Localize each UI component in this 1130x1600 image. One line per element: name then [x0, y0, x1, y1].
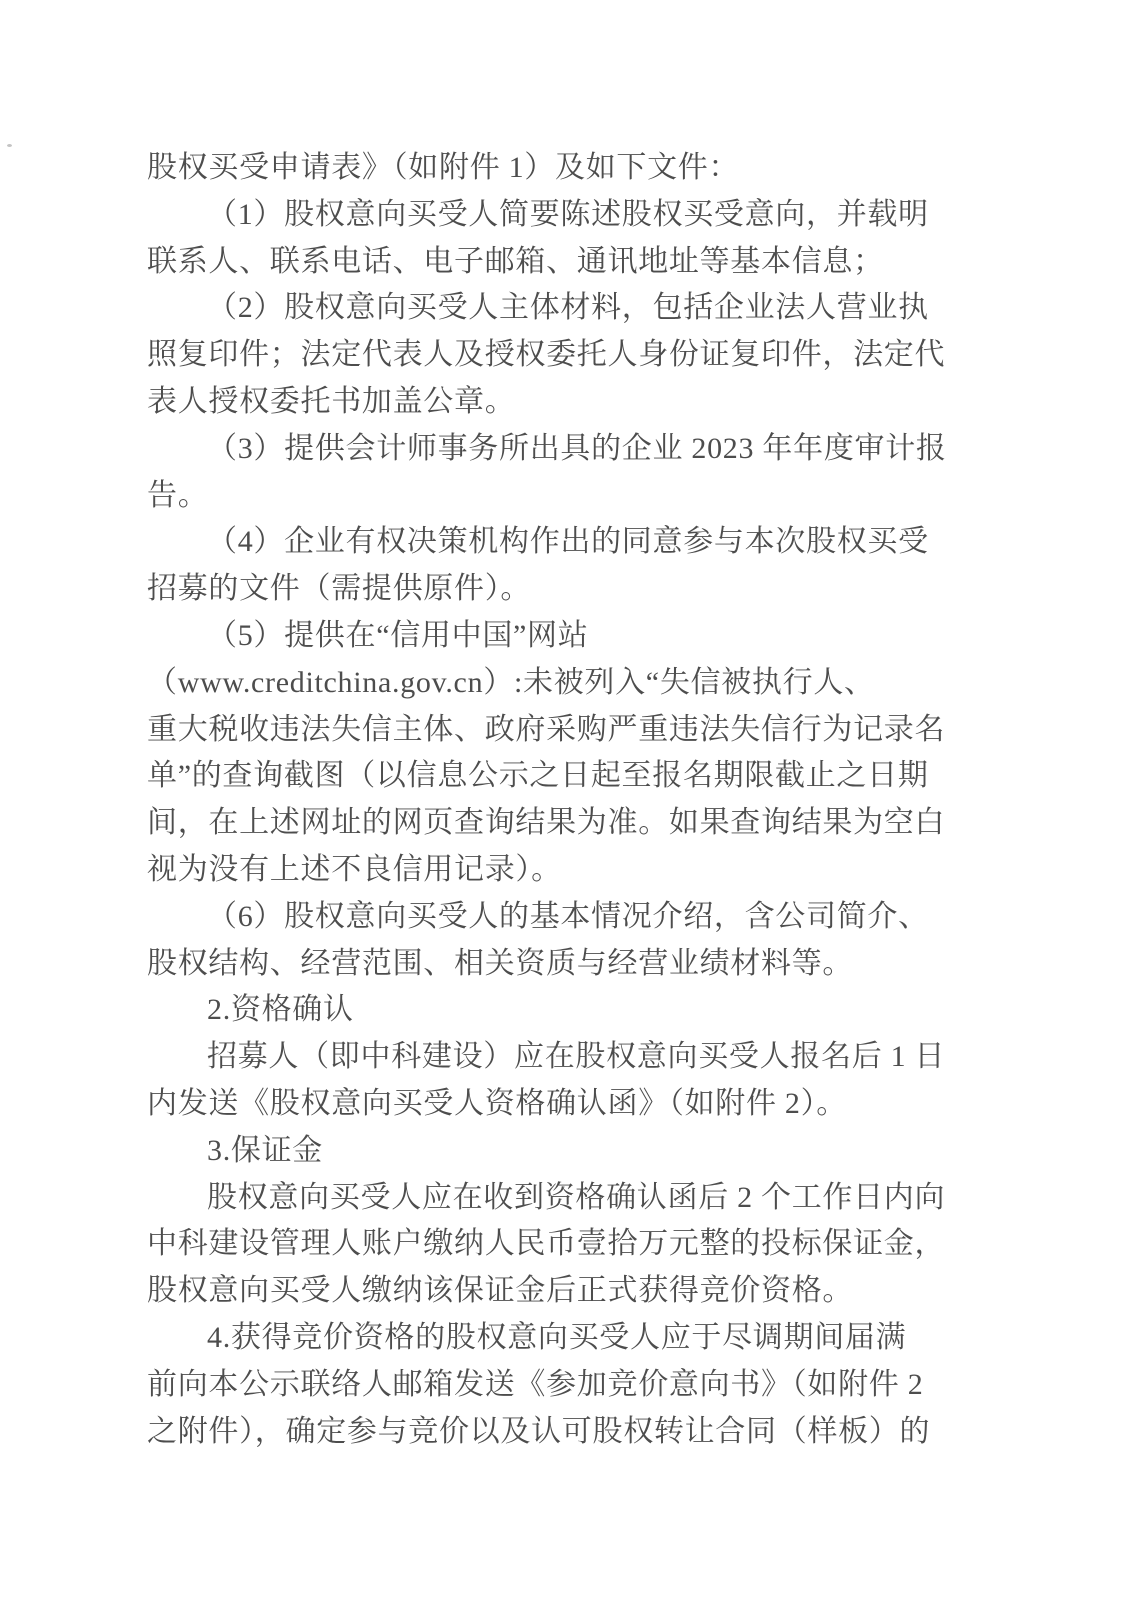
text-line: 表人授权委托书加盖公章。 [147, 379, 962, 426]
scan-artifact-speck [7, 144, 12, 147]
document-body: 股权买受申请表》（如附件 1）及如下文件： （1）股权意向买受人简要陈述股权买受… [147, 145, 962, 1455]
text-line: 股权结构、经营范围、相关资质与经营业绩材料等。 [147, 941, 962, 988]
text-line: 重大税收违法失信主体、政府采购严重违法失信行为记录名 [147, 707, 962, 754]
text-line: （4）企业有权决策机构作出的同意参与本次股权买受 [147, 519, 962, 566]
text-line: 联系人、联系电话、电子邮箱、通讯地址等基本信息； [147, 239, 962, 286]
text-line: 招募的文件（需提供原件）。 [147, 566, 962, 613]
text-line: 2.资格确认 [147, 987, 962, 1034]
text-line: 股权买受申请表》（如附件 1）及如下文件： [147, 145, 962, 192]
text-line: 股权意向买受人缴纳该保证金后正式获得竞价资格。 [147, 1268, 962, 1315]
text-line: 告。 [147, 473, 962, 520]
text-line: 视为没有上述不良信用记录）。 [147, 847, 962, 894]
text-line: （3）提供会计师事务所出具的企业 2023 年年度审计报 [147, 426, 962, 473]
text-line: 照复印件；法定代表人及授权委托人身份证复印件，法定代 [147, 332, 962, 379]
text-line: 股权意向买受人应在收到资格确认函后 2 个工作日内向 [147, 1175, 962, 1222]
text-line: 间，在上述网址的网页查询结果为准。如果查询结果为空白 [147, 800, 962, 847]
text-line: （www.creditchina.gov.cn）:未被列入“失信被执行人、 [147, 660, 962, 707]
text-line: 3.保证金 [147, 1128, 962, 1175]
text-line: 4.获得竞价资格的股权意向买受人应于尽调期间届满 [147, 1315, 962, 1362]
text-line: 内发送《股权意向买受人资格确认函》（如附件 2）。 [147, 1081, 962, 1128]
text-line: 前向本公示联络人邮箱发送《参加竞价意向书》（如附件 2 [147, 1362, 962, 1409]
text-line: 单”的查询截图（以信息公示之日起至报名期限截止之日期 [147, 753, 962, 800]
text-line: （2）股权意向买受人主体材料，包括企业法人营业执 [147, 285, 962, 332]
text-line: （6）股权意向买受人的基本情况介绍，含公司简介、 [147, 894, 962, 941]
text-line: 招募人（即中科建设）应在股权意向买受人报名后 1 日 [147, 1034, 962, 1081]
scanned-document-page: 股权买受申请表》（如附件 1）及如下文件： （1）股权意向买受人简要陈述股权买受… [0, 0, 1130, 1600]
text-line: 之附件），确定参与竞价以及认可股权转让合同（样板）的 [147, 1409, 962, 1456]
text-line: （5）提供在“信用中国”网站 [147, 613, 962, 660]
text-line: （1）股权意向买受人简要陈述股权买受意向，并载明 [147, 192, 962, 239]
text-line: 中科建设管理人账户缴纳人民币壹拾万元整的投标保证金， [147, 1221, 962, 1268]
